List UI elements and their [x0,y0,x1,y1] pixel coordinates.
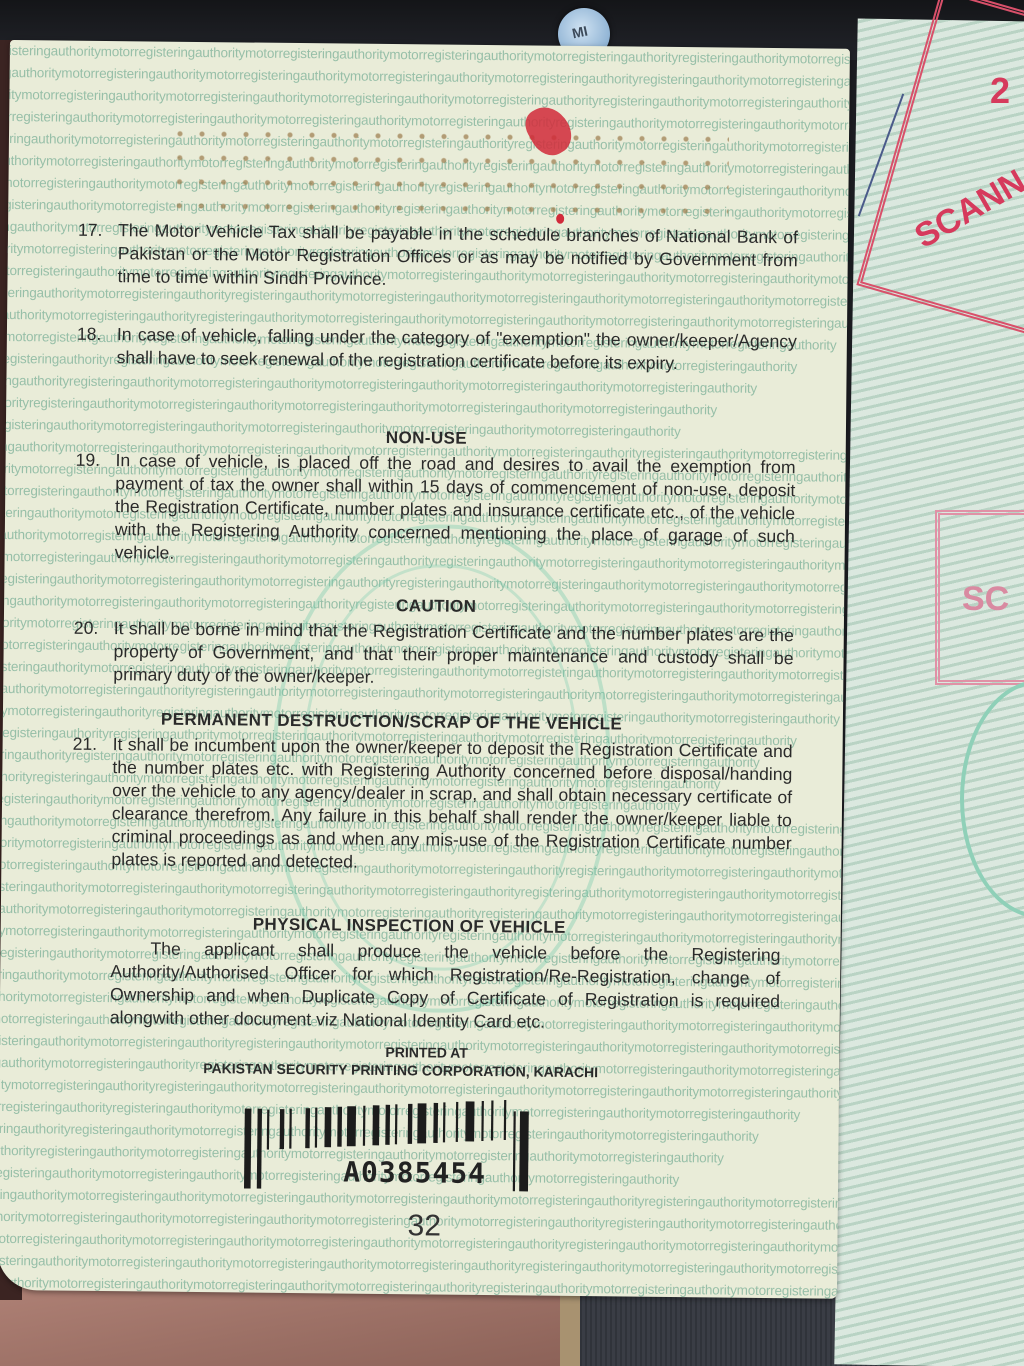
registration-booklet-page: registeringauthoritymotorregisteringauth… [0,40,850,1299]
device-logo: MI [571,23,590,42]
clause-text: It shall be borne in mind that the Regis… [113,617,794,693]
heading-non-use: NON-USE [386,428,467,449]
heading-caution: CAUTION [396,596,476,617]
printed-at-label: PRINTED AT [385,1044,468,1061]
page-number: 32 [407,1209,441,1243]
clause-text: It shall be incumbent upon the owner/kee… [111,733,792,878]
clause-19: 19. In case of vehicle, is placed off th… [75,449,796,572]
clause-text: In case of vehicle, is placed off the ro… [115,449,796,571]
clause-number: 17. [78,219,122,242]
physical-inspection-text: The applicant shall produce the vehicle … [70,937,781,1036]
clause-text: The applicant shall produce the vehicle … [110,937,781,1036]
serial-number: A0385454 [343,1156,486,1190]
clause-number: 21. [73,733,117,756]
clause-number: 19. [75,449,119,472]
red-stamp-number: 2 [990,70,1010,112]
printer-name: PAKISTAN SECURITY PRINTING CORPORATION, … [203,1060,598,1080]
clause-18: 18. In case of vehicle, falling under th… [77,323,797,377]
heading-physical-inspection: PHYSICAL INSPECTION OF VEHICLE [253,915,566,938]
clause-number: 18. [77,323,121,346]
clause-number: 20. [74,617,118,640]
pink-stamp-text: SC [962,580,1009,619]
clause-text: In case of vehicle, falling under the ca… [117,323,797,376]
heading-permanent-destruction: PERMANENT DESTRUCTION/SCRAP OF THE VEHIC… [161,710,623,735]
clause-text: The Motor Vehicle Tax shall be payable i… [117,219,798,295]
clause-20: 20. It shall be borne in mind that the R… [73,617,794,694]
clause-17: 17. The Motor Vehicle Tax shall be payab… [77,219,798,296]
clause-21: 21. It shall be incumbent upon the owner… [71,733,792,879]
